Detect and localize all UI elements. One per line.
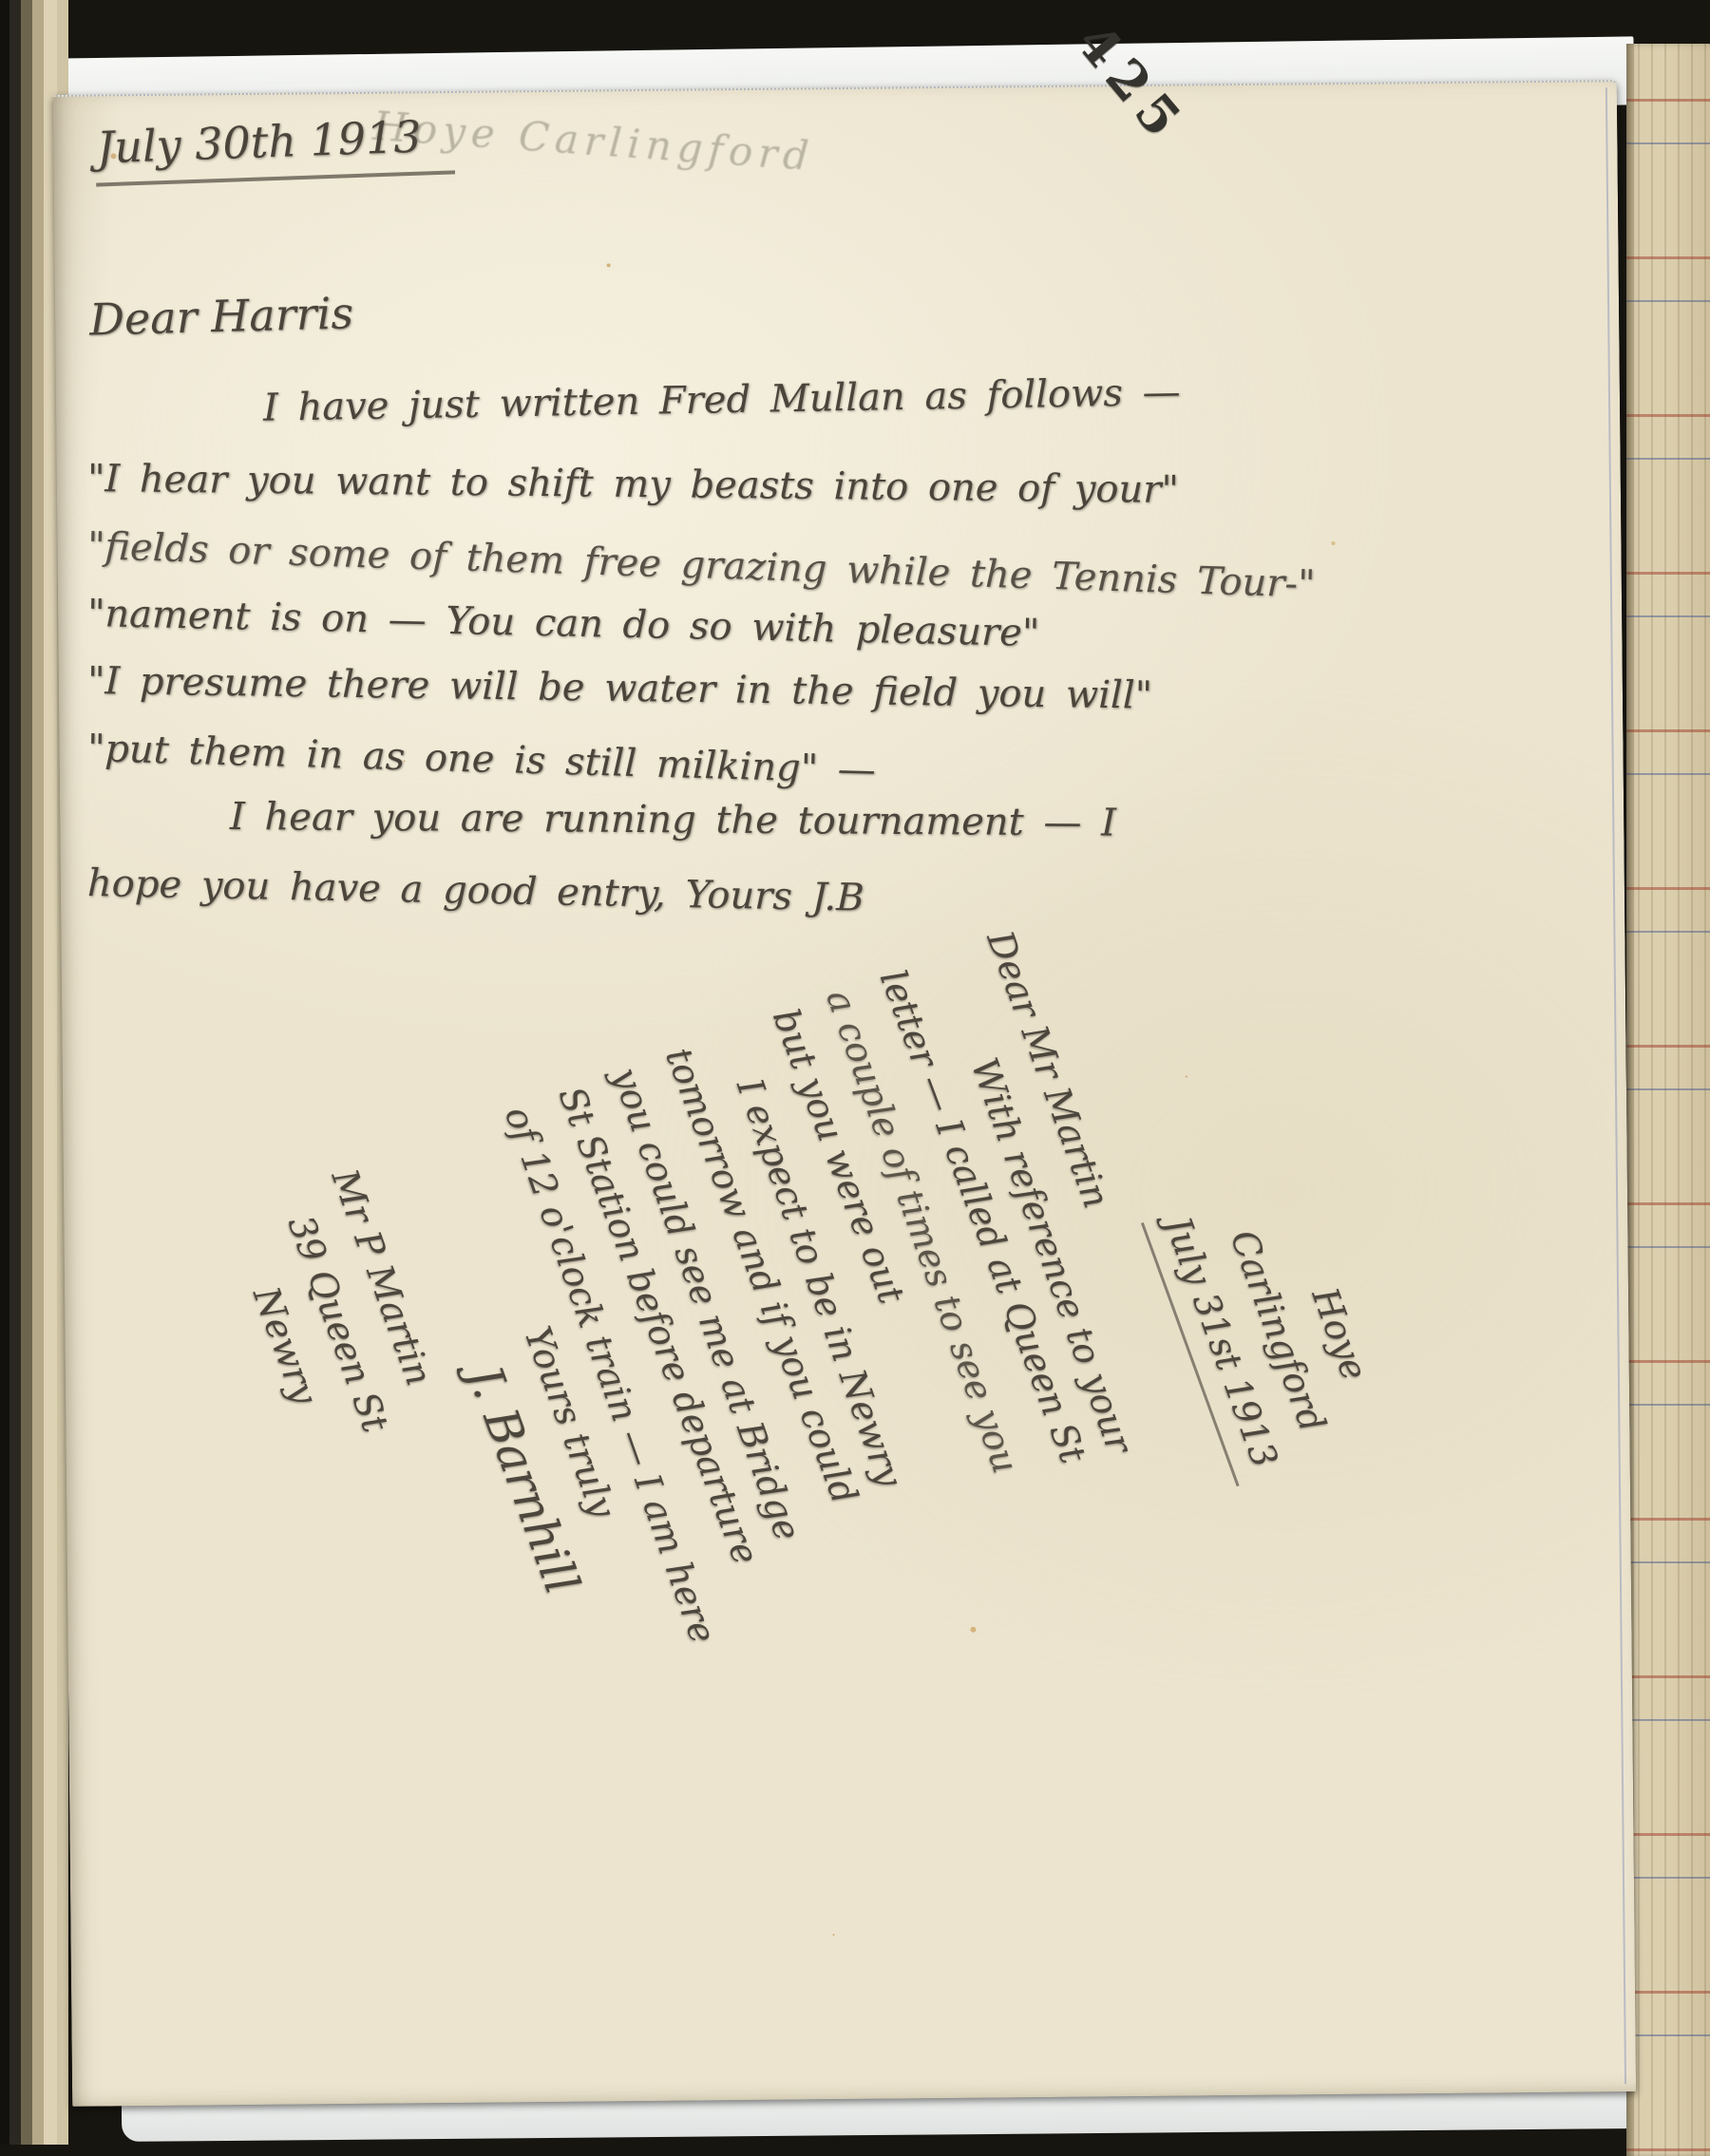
page-edge-stack	[1626, 44, 1710, 2156]
harris-letter-line: "I presume there will be water in the fi…	[87, 648, 1133, 729]
harris-letter-line: "I hear you want to shift my beasts into…	[87, 445, 1133, 524]
blue-margin-line	[1605, 87, 1626, 2084]
scanned-letter-book: 425 Hoye Carlingford July 30th 1913 Dear…	[0, 0, 1710, 2156]
harris-letter-salutation: Dear Harris	[88, 287, 353, 345]
harris-letter-line: I hear you are running the tournament — …	[87, 783, 1132, 858]
harris-letter-date: July 30th 1913	[94, 109, 455, 186]
harris-letter-body: I have just written Fred Mullan as follo…	[87, 378, 1132, 917]
